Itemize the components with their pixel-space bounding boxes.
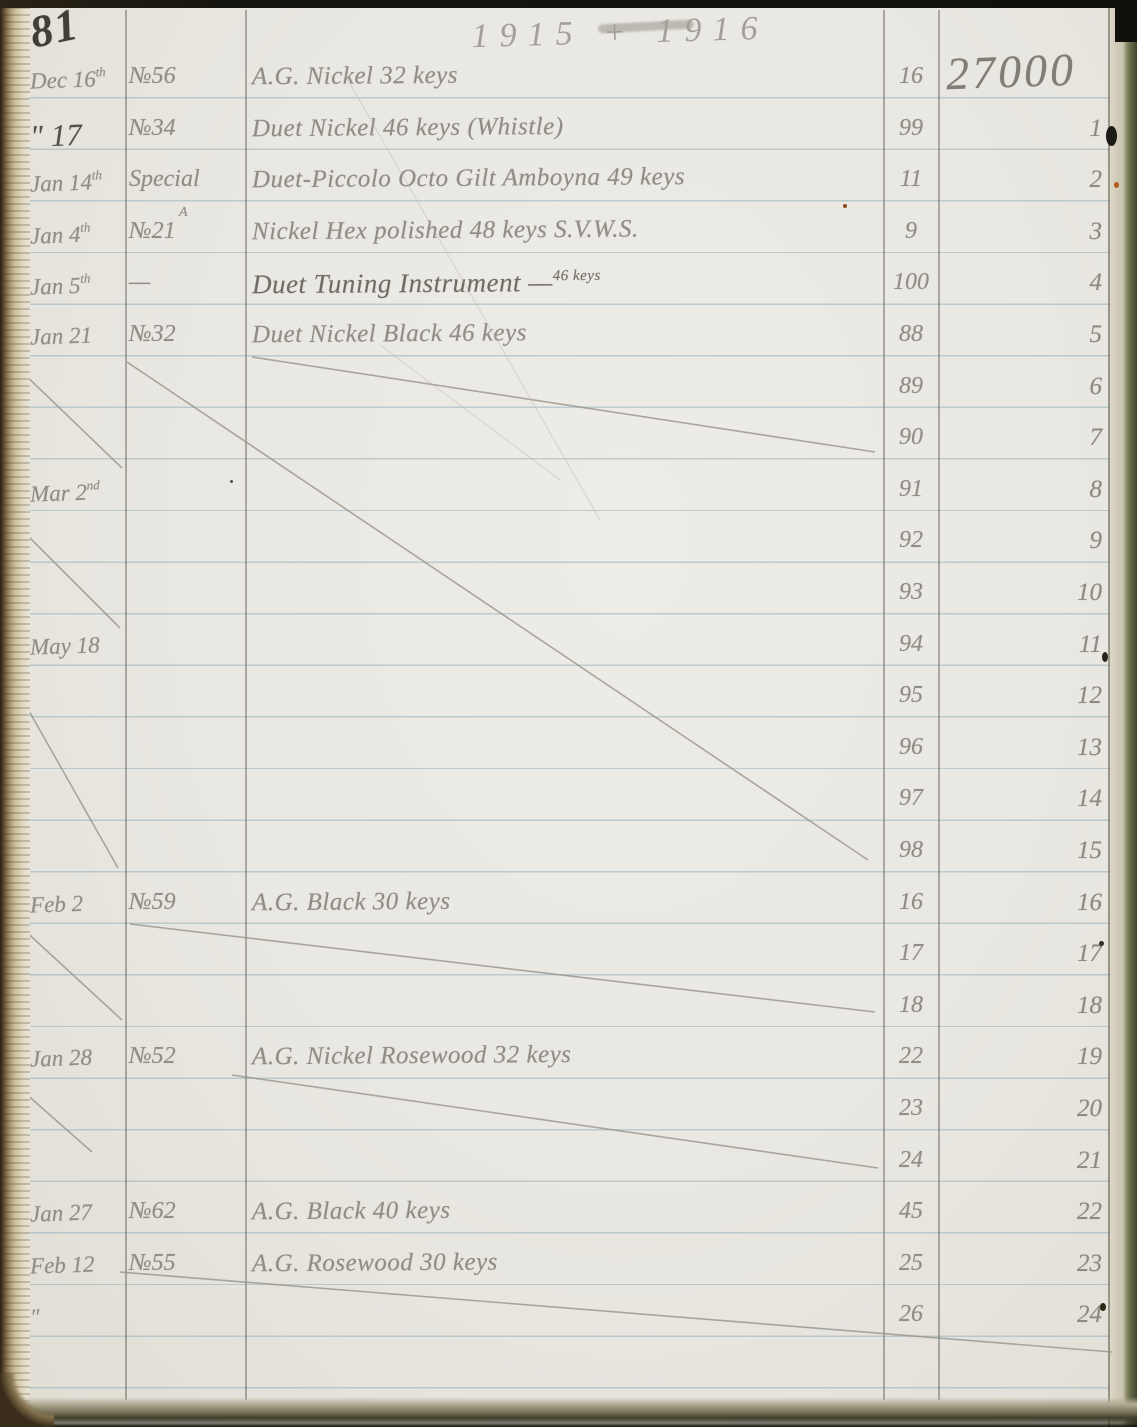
book-edge-right [1123, 0, 1137, 1427]
corner-shadow-bottom-left [0, 1373, 54, 1427]
dark-speck [1099, 941, 1104, 946]
book-edge-top [0, 0, 1137, 8]
dark-speck [1100, 1303, 1106, 1311]
paper-fleck [843, 204, 847, 208]
ink-blot [1106, 126, 1117, 146]
strike-lines [0, 0, 1137, 1427]
corner-shadow-top-right [1115, 0, 1137, 42]
ledger-page: 81 1915 + 1916 Dec 16th №56 A.G. Nickel … [0, 0, 1137, 1427]
rust-speck [1114, 182, 1119, 188]
book-edge-bottom [0, 1397, 1137, 1427]
paper-fleck [230, 480, 233, 483]
dark-speck [1102, 652, 1108, 662]
book-edge-left [0, 0, 30, 1427]
